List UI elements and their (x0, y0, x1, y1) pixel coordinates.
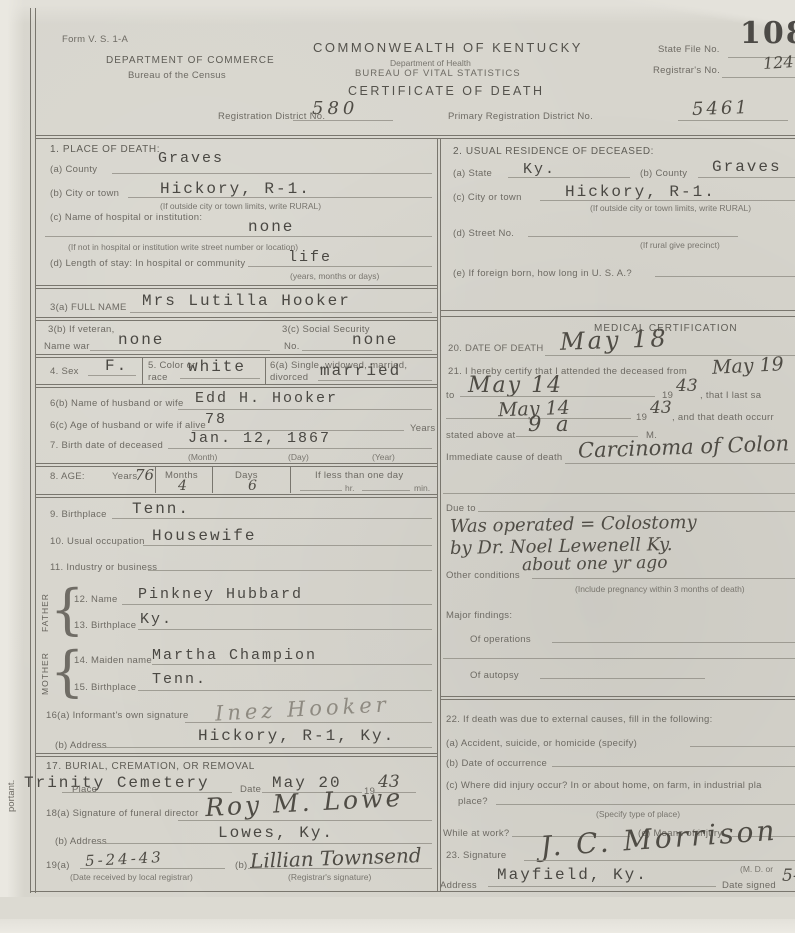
death-certificate-scan: Form V. S. 1-A DEPARTMENT OF COMMERCE Bu… (0, 0, 795, 933)
cause-label: Immediate cause of death (446, 452, 563, 463)
age-years-value: 76 (135, 466, 154, 484)
length-of-stay-label: (d) Length of stay: In hospital or commu… (50, 258, 245, 269)
lastsaw-year-value: 43 (650, 398, 672, 418)
father-brace: { (50, 578, 84, 641)
date-of-death-value: May 18 (560, 324, 670, 356)
funeral-address-label: (b) Address (55, 836, 107, 847)
birthplace-value: Tenn. (132, 500, 190, 518)
to-year-value: 43 (676, 376, 698, 396)
paper-edge-bottom (0, 897, 795, 921)
state-value: Ky. (523, 161, 556, 178)
res-city-value: Hickory, R-1. (565, 183, 716, 201)
occupation-value: Housewife (152, 527, 256, 545)
bureau-line: Bureau of the Census (128, 70, 226, 81)
age-days-value: 6 (248, 478, 257, 494)
other-conditions-label: Other conditions (446, 570, 520, 581)
bureau-vital-statistics: BUREAU OF VITAL STATISTICS (355, 68, 521, 79)
husband-age-value: 78 (205, 411, 227, 428)
husband-value: Edd H. Hooker (195, 390, 338, 407)
burial-place-value: Trinity Cemetery (24, 774, 210, 792)
certificate-title: CERTIFICATE OF DEATH (348, 84, 545, 98)
veteran-label: 3(b) If veteran, (48, 324, 115, 335)
funeral-director-label: 18(a) Signature of funeral director (46, 808, 199, 819)
age-less-label: If less than one day (315, 470, 403, 481)
color-race-label-bottom: race (148, 372, 168, 383)
physician-signature-label: 23. Signature (446, 850, 506, 861)
ssn-no-label: No. (284, 341, 300, 352)
res-county-value: Graves (712, 158, 782, 176)
external-c-label2: place? (458, 796, 488, 807)
registrar-number-value: 124 (762, 52, 794, 73)
due-handwriting-3: about one yr ago (522, 553, 668, 576)
date-signed-label: Date signed (722, 880, 776, 891)
to-value: May 14 (468, 373, 563, 398)
received-date-value: 5-24-43 (85, 848, 165, 870)
mother-name-value: Martha Champion (152, 647, 317, 664)
residence-title: 2. USUAL RESIDENCE OF DECEASED: (453, 146, 654, 157)
full-name-value: Mrs Lutilla Hooker (142, 292, 351, 310)
registrar-sig-hint: (Registrar's signature) (288, 872, 371, 882)
registrar-number-label: Registrar's No. (653, 65, 720, 76)
county-label: (a) County (50, 164, 97, 175)
age-min-label: min. (414, 483, 430, 493)
primary-district-value: 5461 (692, 97, 751, 120)
registration-district-value: 580 (312, 98, 358, 119)
birth-date-hint-day: (Day) (288, 452, 309, 462)
stated-value: 9 a (528, 412, 573, 436)
funeral-director-signature: Roy M. Lowe (204, 783, 404, 822)
department-line: DEPARTMENT OF COMMERCE (106, 55, 275, 66)
city-town-value: Hickory, R-1. (160, 180, 311, 198)
ssn-value: none (352, 331, 398, 349)
external-title: 22. If death was due to external causes,… (446, 714, 713, 725)
physician-signature-hint: (M. D. or (740, 864, 773, 874)
burial-title: 17. BURIAL, CREMATION, OR REMOVAL (46, 761, 255, 772)
informant-address-label: (b) Address (55, 740, 107, 751)
date-signed-value: 5- (782, 866, 795, 886)
external-c-label: (c) Where did injury occur? In or about … (446, 780, 762, 791)
external-a-label: (a) Accident, suicide, or homicide (spec… (446, 738, 637, 749)
father-group-label: FATHER (40, 593, 50, 632)
informant-signature: Inez Hooker (214, 692, 390, 725)
birth-date-value: Jan. 12, 1867 (188, 430, 331, 447)
street-no-label: (d) Street No. (453, 228, 514, 239)
marital-value: married (320, 362, 401, 380)
occupation-label: 10. Usual occupation (50, 536, 145, 547)
received-hint: (Date received by local registrar) (70, 872, 193, 882)
of-operations-label: Of operations (470, 634, 531, 645)
mother-name-label: 14. Maiden name (74, 655, 152, 666)
major-findings-label: Major findings: (446, 610, 512, 621)
due-to-label: Due to (446, 503, 476, 514)
other-conditions-hint: (Include pregnancy within 3 months of de… (575, 584, 745, 594)
mother-brace: { (50, 640, 84, 703)
state-file-number: 1086 (740, 16, 795, 51)
husband-age-label: 6(c) Age of husband or wife if alive (50, 420, 206, 431)
of-autopsy-label: Of autopsy (470, 670, 519, 681)
external-b-label: (b) Date of occurrence (446, 758, 547, 769)
form-number: Form V. S. 1-A (62, 34, 128, 45)
birthplace-label: 9. Birthplace (50, 509, 107, 520)
res-city-label: (c) City or town (453, 192, 522, 203)
funeral-address-value: Lowes, Ky. (218, 824, 334, 842)
city-town-label: (b) City or town (50, 188, 119, 199)
sex-value: F. (105, 357, 128, 375)
hospital-label: (c) Name of hospital or institution: (50, 212, 202, 223)
age-label: 8. AGE: (50, 471, 85, 482)
mother-birthplace-value: Tenn. (152, 671, 207, 688)
to-label: to (446, 390, 455, 401)
registrar-sig-label: (b) (235, 860, 248, 871)
state-label: (a) State (453, 168, 492, 179)
husband-age-suffix: Years (410, 423, 435, 434)
name-war-label: Name war (44, 341, 90, 352)
marital-label-bottom: divorced (270, 372, 308, 383)
city-town-hint: (If outside city or town limits, write R… (160, 201, 321, 211)
father-name-label: 12. Name (74, 594, 118, 605)
industry-label: 11. Industry or business (50, 562, 157, 573)
full-name-label: 3(a) FULL NAME (50, 302, 127, 313)
primary-district-label: Primary Registration District No. (448, 111, 593, 122)
age-hr-label: hr. (345, 483, 354, 493)
father-name-value: Pinkney Hubbard (138, 586, 303, 603)
external-c-hint: (Specify type of place) (596, 809, 680, 819)
father-birthplace-label: 13. Birthplace (74, 620, 136, 631)
physician-address-value: Mayfield, Ky. (497, 866, 648, 884)
place-of-death-title: 1. PLACE OF DEATH: (50, 144, 160, 155)
county-value: Graves (158, 150, 224, 167)
dept-of-health: Department of Health (390, 58, 471, 68)
father-birthplace-value: Ky. (140, 611, 173, 628)
color-race-value: white (188, 358, 246, 376)
mother-group-label: MOTHER (40, 652, 50, 695)
to-suffix: , that I last sa (700, 390, 761, 401)
street-no-hint: (If rural give precinct) (640, 240, 720, 250)
length-of-stay-hint: (years, months or days) (290, 271, 379, 281)
sex-label: 4. Sex (50, 366, 79, 377)
burial-place-label: Place (72, 784, 97, 795)
date-of-death-label: 20. DATE OF DEATH (448, 343, 544, 354)
age-months-value: 4 (178, 478, 187, 494)
informant-label: 16(a) Informant's own signature (46, 710, 189, 721)
birth-date-hint-year: (Year) (372, 452, 395, 462)
foreign-born-label: (e) If foreign born, how long in U. S. A… (453, 268, 632, 279)
received-label: 19(a) (46, 860, 70, 871)
hospital-hint: (If not in hospital or institution write… (68, 242, 298, 252)
res-county-label: (b) County (640, 168, 687, 179)
while-at-work-label: While at work? (443, 828, 510, 839)
physician-address-label: Address (440, 880, 477, 891)
age-years-label: Years (112, 471, 137, 482)
husband-label: 6(b) Name of husband or wife (50, 398, 184, 409)
informant-address-value: Hickory, R-1, Ky. (198, 727, 395, 745)
res-city-hint: (If outside city or town limits, write R… (590, 203, 751, 213)
commonwealth-title: COMMONWEALTH OF KENTUCKY (313, 40, 583, 55)
lastsaw-suffix: , and that death occurr (672, 412, 774, 423)
state-file-label: State File No. (658, 44, 720, 55)
length-of-stay-value: life (288, 249, 332, 266)
veteran-value: none (118, 331, 164, 349)
margin-note: portant. (6, 780, 17, 812)
certify-from-value: May 19 (711, 353, 784, 379)
paper-edge-bottom-2 (0, 919, 795, 933)
mother-birthplace-label: 15. Birthplace (74, 682, 136, 693)
lastsaw-year-prefix: 19 (636, 412, 647, 423)
physician-signature: J. C. Morrison (539, 814, 778, 863)
stated-label: stated above at (446, 430, 515, 441)
birth-date-label: 7. Birth date of deceased (50, 440, 163, 451)
birth-date-hint-month: (Month) (188, 452, 217, 462)
hospital-value: none (248, 218, 294, 236)
